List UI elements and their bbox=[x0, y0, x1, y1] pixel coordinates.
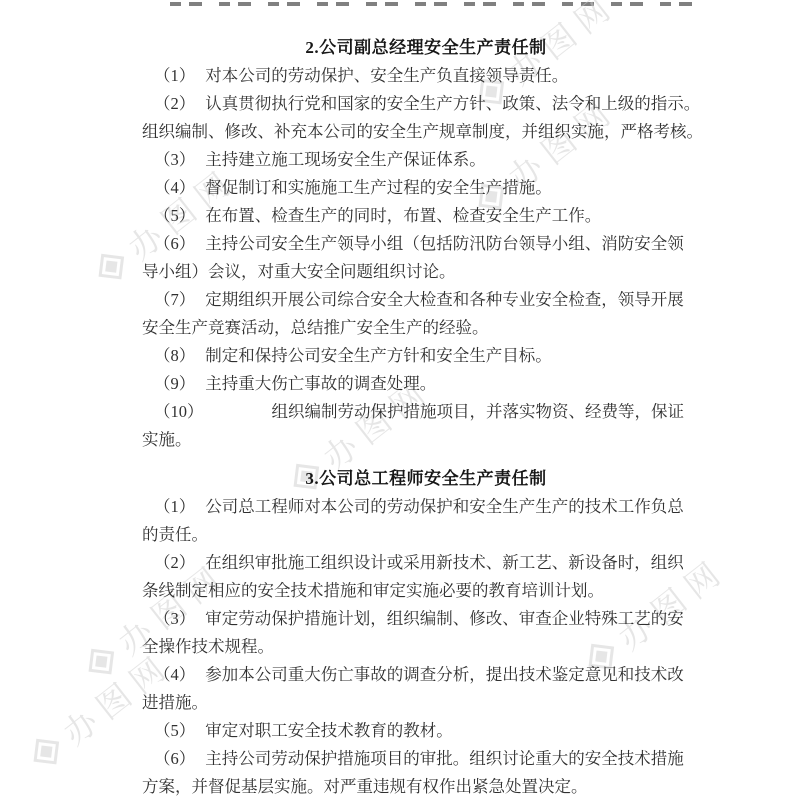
text-line: （3）主持建立施工现场安全生产保证体系。 bbox=[142, 146, 710, 174]
list-item-text: 对本公司的劳动保护、安全生产负直接领导责任。 bbox=[205, 66, 568, 85]
text-line: （2）认真贯彻执行党和国家的安全生产方针、政策、法令和上级的指示。 bbox=[142, 90, 710, 118]
section-heading: 2.公司副总经理安全生产责任制 bbox=[142, 34, 710, 62]
list-item-marker: （7） bbox=[154, 290, 195, 309]
text-line: （4）参加本公司重大伤亡事故的调查分析，提出技术鉴定意见和技术改 bbox=[142, 661, 710, 689]
text-line: （9）主持重大伤亡事故的调查处理。 bbox=[142, 370, 710, 398]
list-item-text: 主持公司安全生产领导小组（包括防汛防台领导小组、消防安全领 bbox=[205, 234, 684, 253]
text-line: （5）审定对职工安全技术教育的教材。 bbox=[142, 717, 710, 745]
text-line: （10）组织编制劳动保护措施项目，并落实物资、经费等，保证 bbox=[142, 398, 710, 426]
text-line: 组织编制、修改、补充本公司的安全生产规章制度，并组织实施，严格考核。 bbox=[142, 118, 710, 146]
list-item-text: 认真贯彻执行党和国家的安全生产方针、政策、法令和上级的指示。 bbox=[205, 94, 700, 113]
list-item-marker: （9） bbox=[154, 374, 195, 393]
list-item-text: 组织编制劳动保护措施项目，并落实物资、经费等，保证 bbox=[272, 402, 685, 421]
list-item-text: 定期组织开展公司综合安全大检查和各种专业安全检查，领导开展 bbox=[205, 290, 684, 309]
list-item-marker: （5） bbox=[154, 721, 195, 740]
watermark-logo-icon bbox=[89, 649, 115, 675]
watermark-logo-icon bbox=[34, 739, 60, 765]
list-item-text: 全操作技术规程。 bbox=[142, 637, 274, 656]
text-line: 条线制定相应的安全技术措施和审定实施必要的教育培训计划。 bbox=[142, 577, 710, 605]
list-item-text: 导小组）会议，对重大安全问题组织讨论。 bbox=[142, 262, 456, 281]
list-item-marker: （1） bbox=[154, 497, 195, 516]
text-line: （6）主持公司劳动保护措施项目的审批。组织讨论重大的安全技术措施 bbox=[142, 745, 710, 773]
list-item-marker: （6） bbox=[154, 234, 195, 253]
list-item-text: 主持建立施工现场安全生产保证体系。 bbox=[205, 150, 486, 169]
list-item-marker: （5） bbox=[154, 206, 195, 225]
list-item-text: 在组织审批施工组织设计或采用新技术、新工艺、新设备时，组织 bbox=[205, 553, 684, 572]
text-line: （5）在布置、检查生产的同时，布置、检查安全生产工作。 bbox=[142, 202, 710, 230]
list-item-text: 组织编制、修改、补充本公司的安全生产规章制度，并组织实施，严格考核。 bbox=[142, 122, 703, 141]
list-item-marker: （1） bbox=[154, 66, 195, 85]
list-item-marker: （4） bbox=[154, 178, 195, 197]
list-item-text: 条线制定相应的安全技术措施和审定实施必要的教育培训计划。 bbox=[142, 581, 604, 600]
text-line: 全操作技术规程。 bbox=[142, 633, 710, 661]
list-item-text: 参加本公司重大伤亡事故的调查分析，提出技术鉴定意见和技术改 bbox=[205, 665, 684, 684]
list-item-text: 主持重大伤亡事故的调查处理。 bbox=[205, 374, 436, 393]
text-line: （3）审定劳动保护措施计划，组织编制、修改、审查企业特殊工艺的安 bbox=[142, 605, 710, 633]
text-line: （2）在组织审批施工组织设计或采用新技术、新工艺、新设备时，组织 bbox=[142, 549, 710, 577]
list-item-marker: （8） bbox=[154, 346, 195, 365]
text-line: （8）制定和保持公司安全生产方针和安全生产目标。 bbox=[142, 342, 710, 370]
text-line: 进措施。 bbox=[142, 689, 710, 717]
text-line: 的责任。 bbox=[142, 521, 710, 549]
list-item-text: 方案，并督促基层实施。对严重违规有权作出紧急处置决定。 bbox=[142, 777, 588, 796]
list-item-text: 的责任。 bbox=[142, 525, 208, 544]
list-item-text: 制定和保持公司安全生产方针和安全生产目标。 bbox=[205, 346, 552, 365]
list-item-marker: （3） bbox=[154, 609, 195, 628]
list-item-text: 督促制订和实施施工生产过程的安全生产措施。 bbox=[205, 178, 552, 197]
document-content: 2.公司副总经理安全生产责任制（1）对本公司的劳动保护、安全生产负直接领导责任。… bbox=[142, 0, 710, 800]
list-item-text: 在布置、检查生产的同时，布置、检查安全生产工作。 bbox=[205, 206, 601, 225]
section-heading: 3.公司总工程师安全生产责任制 bbox=[142, 465, 710, 493]
text-line: 方案，并督促基层实施。对严重违规有权作出紧急处置决定。 bbox=[142, 773, 710, 800]
list-item-text: 主持公司劳动保护措施项目的审批。组织讨论重大的安全技术措施 bbox=[205, 749, 684, 768]
list-item-marker: （4） bbox=[154, 665, 195, 684]
text-line: （4）督促制订和实施施工生产过程的安全生产措施。 bbox=[142, 174, 710, 202]
text-line: （1）公司总工程师对本公司的劳动保护和安全生产生产的技术工作负总 bbox=[142, 493, 710, 521]
list-item-text: 实施。 bbox=[142, 430, 192, 449]
list-item-text: 审定对职工安全技术教育的教材。 bbox=[205, 721, 453, 740]
list-item-marker: （2） bbox=[154, 553, 195, 572]
text-line: 导小组）会议，对重大安全问题组织讨论。 bbox=[142, 258, 710, 286]
text-line: （7）定期组织开展公司综合安全大检查和各种专业安全检查，领导开展 bbox=[142, 286, 710, 314]
list-item-marker: （6） bbox=[154, 749, 195, 768]
list-item-marker: （10） bbox=[154, 402, 204, 421]
document-page: 办图网办图网办图网办图网办图网办图网办图网 2.公司副总经理安全生产责任制（1）… bbox=[0, 0, 800, 800]
list-item-marker: （3） bbox=[154, 150, 195, 169]
text-line: 实施。 bbox=[142, 426, 710, 454]
list-item-marker: （2） bbox=[154, 94, 195, 113]
list-item-text: 安全生产竞赛活动，总结推广安全生产的经验。 bbox=[142, 318, 489, 337]
list-item-text: 审定劳动保护措施计划，组织编制、修改、审查企业特殊工艺的安 bbox=[205, 609, 684, 628]
text-line: 安全生产竞赛活动，总结推广安全生产的经验。 bbox=[142, 314, 710, 342]
list-item-text: 进措施。 bbox=[142, 693, 208, 712]
watermark-logo-icon bbox=[99, 254, 125, 280]
text-line: （6）主持公司安全生产领导小组（包括防汛防台领导小组、消防安全领 bbox=[142, 230, 710, 258]
list-item-text: 公司总工程师对本公司的劳动保护和安全生产生产的技术工作负总 bbox=[205, 497, 684, 516]
text-line: （1）对本公司的劳动保护、安全生产负直接领导责任。 bbox=[142, 62, 710, 90]
